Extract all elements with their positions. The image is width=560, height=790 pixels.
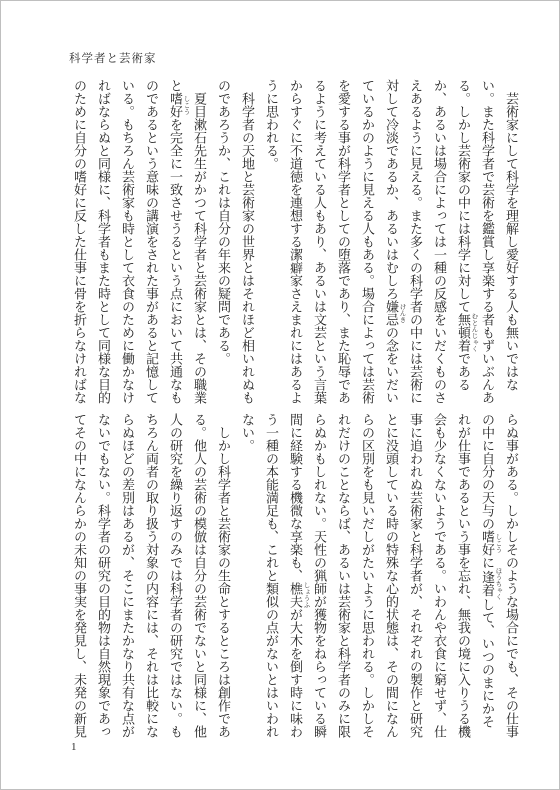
ruby-annotated-word: 逢着ほうちゃく	[480, 569, 495, 598]
paragraph: 科学者の天地と芸術家の世界とはそれほど相いれぬものであろうか、これは自分の年来の…	[211, 79, 259, 404]
text-block-upper: 芸術家にして科学を理解し愛好する人も無いではない。また科学者で芸術を鑑賞し享楽す…	[67, 79, 523, 404]
ruby-annotated-word: 嫌忌けんき	[384, 300, 399, 326]
book-page: 科学者と芸術家 芸術家にして科学を理解し愛好する人も無いではない。また科学者で芸…	[0, 0, 560, 790]
paragraph: 夏目漱石先生がかつて科学者と芸術家とは、その職業と嗜好しこうを完全に一致させうる…	[67, 79, 211, 404]
paragraph: らぬ事がある。しかしそのような場合にでも、その仕事の中に自分の天与の嗜好しこうに…	[235, 413, 523, 738]
ruby-annotated-word: 樵夫しょうふ	[288, 582, 303, 608]
ruby-annotated-word: 嗜好しこう	[168, 92, 183, 118]
paragraph: しかし科学者と芸術家の生命とするところは創作である。他人の芸術の模倣は自分の芸術…	[67, 413, 235, 738]
ruby-annotated-word: 無頓着むとんじゃく	[456, 313, 471, 352]
ruby-annotated-word: 嗜好しこう	[480, 530, 495, 556]
text-block-lower: らぬ事がある。しかしそのような場合にでも、その仕事の中に自分の天与の嗜好しこうに…	[67, 413, 523, 738]
page-number: 1	[71, 741, 77, 753]
running-header: 科学者と芸術家	[69, 50, 157, 66]
paragraph: 芸術家にして科学を理解し愛好する人も無いではない。また科学者で芸術を鑑賞し享楽す…	[259, 79, 523, 404]
